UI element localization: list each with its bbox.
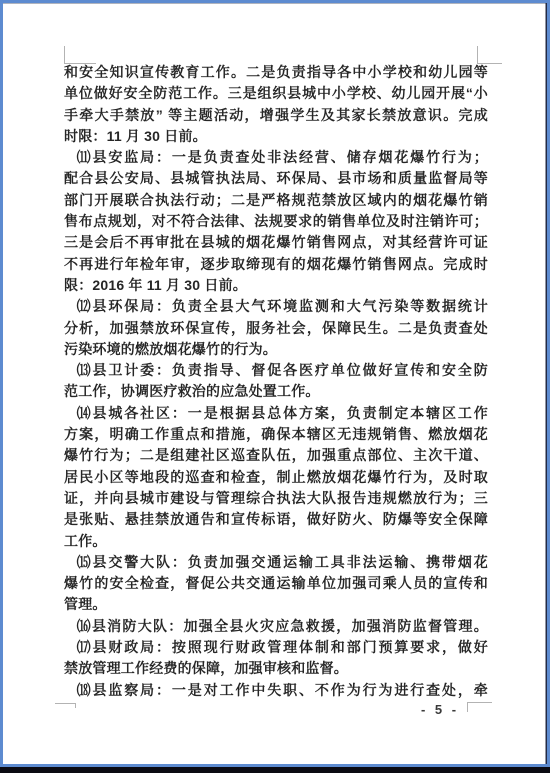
text-line: 是张贴、悬挂禁放通告和宣传标语，做好防火、防爆等安全保障 (64, 509, 488, 530)
crop-mark-top-left (64, 63, 96, 64)
crop-mark-top-right (477, 46, 478, 64)
text-line: ⑿县环保局：负责全县大气环境监测和大气污染等数据统计 (64, 296, 488, 317)
text-line: ⒁县城各社区：一是根据县总体方案，负责制定本辖区工作 (64, 403, 488, 424)
text-line: 禁放管理工作经费的保障，加强审核和监督。 (64, 658, 488, 679)
crop-mark-top-right (477, 63, 502, 64)
crop-mark-bottom-right (467, 702, 492, 703)
page-number: - 5 - (405, 702, 475, 717)
text-line: 居民小区等地段的巡查和检查，制止燃放烟花爆竹行为，及时取 (64, 467, 488, 488)
text-line: 手牵大手禁放” 等主题活动，增强学生及其家长禁放意识。完成 (64, 105, 488, 126)
text-line: ⒃县消防大队：加强全县火灾应急救援，加强消防监督管理。 (64, 616, 488, 637)
document-body: 和安全知识宣传教育工作。二是负责指导各中小学校和幼儿园等单位做好安全防范工作。三… (64, 62, 488, 701)
text-line: 配合县公安局、县城管执法局、环保局、县市场和质量监督局等 (64, 168, 488, 189)
text-line: 限：2016 年 11 月 30 日前。 (64, 275, 488, 296)
text-line: 管理。 (64, 594, 488, 615)
text-line: 爆竹的安全检查，督促公共交通运输单位加强司乘人员的宣传和 (64, 573, 488, 594)
text-line: 范工作，协调医疗救治的应急处置工作。 (64, 381, 488, 402)
text-line: 工作。 (64, 531, 488, 552)
text-line: ⑾县安监局：一是负责查处非法经营、储存烟花爆竹行为； (64, 147, 488, 168)
bottom-edge-bar (0, 767, 550, 773)
crop-mark-top-left (64, 46, 65, 64)
crop-mark-bottom-right (467, 702, 468, 712)
text-line: 方案，明确工作重点和措施，确保本辖区无违规销售、燃放烟花 (64, 424, 488, 445)
crop-mark-bottom-left (55, 703, 76, 704)
text-line: ⒀县卫计委：负责指导、督促各医疗单位做好宣传和安全防 (64, 360, 488, 381)
text-line: 部门开展联合执法行动；二是严格规范禁放区域内的烟花爆竹销 (64, 190, 488, 211)
text-line: 时限：11 月 30 日前。 (64, 126, 488, 147)
text-line: 污染环境的燃放烟花爆竹的行为。 (64, 339, 488, 360)
crop-mark-bottom-left (75, 703, 76, 708)
text-line: ⒅县监察局：一是对工作中失职、不作为行为进行查处，牵 (64, 680, 488, 701)
text-line: 三是会后不再审批在县城的烟花爆竹销售网点，对其经营许可证 (64, 232, 488, 253)
text-line: 和安全知识宣传教育工作。二是负责指导各中小学校和幼儿园等 (64, 62, 488, 83)
text-line: 售布点规划，对不符合法律、法规要求的销售单位及时注销许可； (64, 211, 488, 232)
text-line: 分析，加强禁放环保宣传，服务社会，保障民生。二是负责查处 (64, 318, 488, 339)
text-line: 证，并向县城市建设与管理综合执法大队报告违规燃放行为；三 (64, 488, 488, 509)
text-line: ⒄县财政局：按照现行财政管理体制和部门预算要求，做好 (64, 637, 488, 658)
text-line: 爆竹行为；二是组建社区巡查队伍，加强重点部位、主次干道、 (64, 445, 488, 466)
text-line: 单位做好安全防范工作。三是组织县城中小学校、幼儿园开展“小 (64, 83, 488, 104)
document-page: 和安全知识宣传教育工作。二是负责指导各中小学校和幼儿园等单位做好安全防范工作。三… (0, 0, 550, 773)
text-line: ⒂县交警大队：负责加强交通运输工具非法运输、携带烟花 (64, 552, 488, 573)
text-line: 不再进行年检年审，逐步取缔现有的烟花爆竹销售网点。完成时 (64, 254, 488, 275)
